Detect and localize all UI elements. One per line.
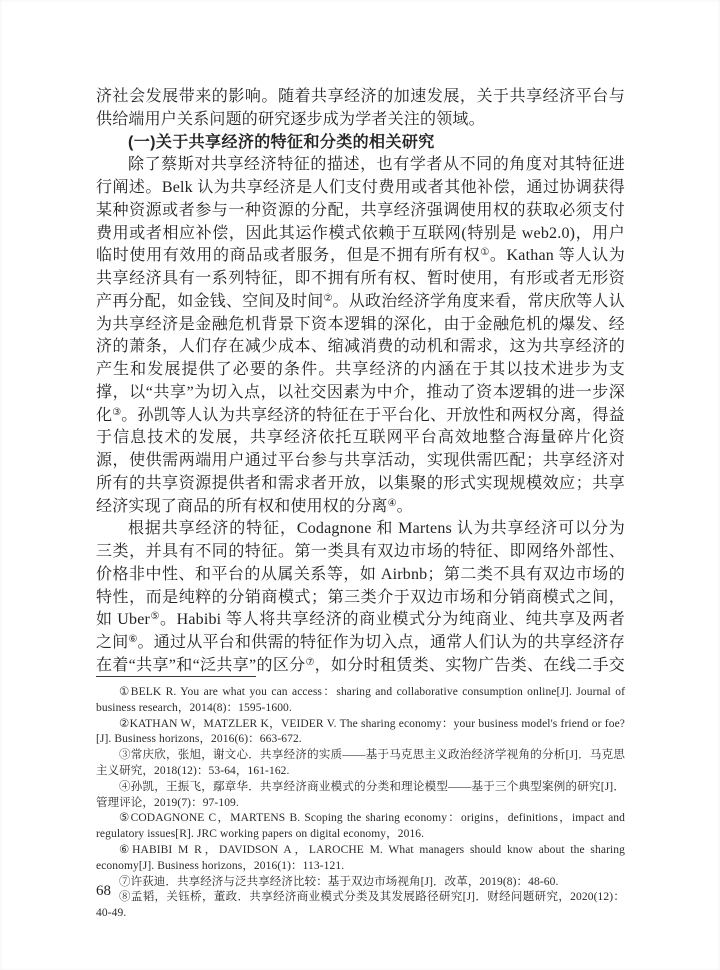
body-content: 济社会发展带来的影响。随着共享经济的加速发展，关于共享经济平台与供给端用户关系问…: [96, 86, 625, 678]
footnote-ref: ⑦: [306, 657, 315, 668]
footnote-item: ③常庆欣，张旭，谢文心．共享经济的实质——基于马克思主义政治经济学视角的分析[J…: [96, 748, 625, 780]
footnote-item: ①BELK R. You are what you can access：sha…: [96, 685, 625, 717]
footnote-item: ⑦许荻迪．共享经济与泛共享经济比较：基于双边市场视角[J]．改革，2019(8)…: [96, 875, 625, 891]
footnote-ref: ①: [480, 247, 489, 258]
footnote-ref: ⑥: [129, 634, 138, 645]
footnote-area: ①BELK R. You are what you can access：sha…: [96, 676, 625, 922]
body-paragraph: 除了蔡斯对共享经济特征的描述，也有学者从不同的角度对其特征进行阐述。Belk 认…: [96, 154, 625, 518]
footnote-ref: ⑤: [150, 611, 160, 622]
footnote-ref: ②: [324, 293, 333, 304]
footnote-item: ⑤CODAGNONE C，MARTENS B. Scoping the shar…: [96, 811, 625, 843]
section-heading: (一)关于共享经济的特征和分类的相关研究: [96, 132, 625, 155]
body-paragraph: 济社会发展带来的影响。随着共享经济的加速发展，关于共享经济平台与供给端用户关系问…: [96, 86, 625, 132]
footnote-item: ④孙凯，王振飞，鄢章华．共享经济商业模式的分类和理论模型——基于三个典型案例的研…: [96, 780, 625, 812]
footnote-item: ⑧孟韬，关钰桥，董政．共享经济商业模式分类及其发展路径研究[J]．财经问题研究，…: [96, 890, 625, 922]
footnote-item: ②KATHAN W，MATZLER K，VEIDER V. The sharin…: [96, 717, 625, 749]
document-page: 济社会发展带来的影响。随着共享经济的加速发展，关于共享经济平台与供给端用户关系问…: [0, 0, 720, 970]
footnote-separator: [96, 676, 256, 677]
body-paragraph: 根据共享经济的特征，Codagnone 和 Martens 认为共享经济可以分为…: [96, 518, 625, 678]
page-number: 68: [96, 883, 111, 900]
footnotes-list: ①BELK R. You are what you can access：sha…: [96, 685, 625, 922]
footnote-item: ⑥HABIBI M R，DAVIDSON A，LAROCHE M. What m…: [96, 843, 625, 875]
footnote-ref: ③: [112, 407, 121, 418]
footnote-ref: ④: [388, 498, 397, 509]
